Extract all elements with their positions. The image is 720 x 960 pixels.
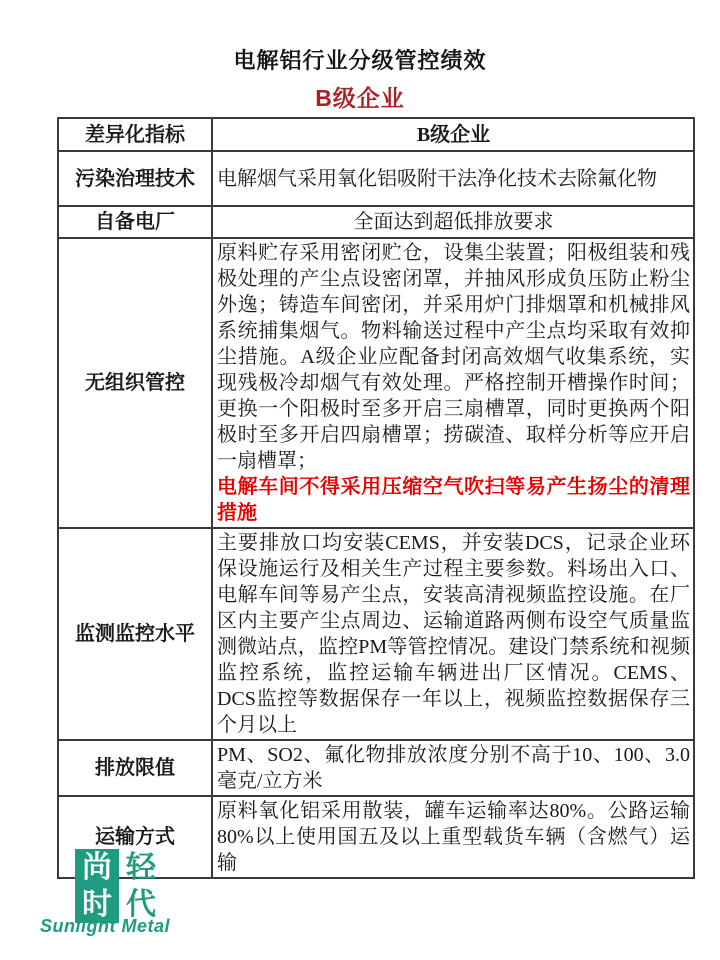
table-row: 排放限值 PM、SO2、氟化物排放浓度分别不高于10、100、3.0毫克/立方米: [58, 740, 694, 796]
table-row: 污染治理技术 电解烟气采用氧化铝吸附干法净化技术去除氟化物: [58, 151, 694, 206]
row-label: 监测监控水平: [58, 528, 212, 740]
logo-wordmark: Sunlight Metal: [40, 916, 170, 937]
row-label: 自备电厂: [58, 206, 212, 238]
row-content: 原料贮存采用密闭贮仓，设集尘装置；阳极组装和残极处理的产尘点设密闭罩，并抽风形成…: [212, 238, 694, 528]
table-row: 自备电厂 全面达到超低排放要求: [58, 206, 694, 238]
table-row: 监测监控水平 主要排放口均安装CEMS，并安装DCS，记录企业环保设施运行及相关…: [58, 528, 694, 740]
header-col-grade: B级企业: [212, 118, 694, 151]
row-label: 无组织管控: [58, 238, 212, 528]
table-header-row: 差异化指标 B级企业: [58, 118, 694, 151]
row-content-text: 原料贮存采用密闭贮仓，设集尘装置；阳极组装和残极处理的产尘点设密闭罩，并抽风形成…: [217, 242, 690, 472]
row-content: 电解烟气采用氧化铝吸附干法净化技术去除氟化物: [212, 151, 694, 206]
row-label: 排放限值: [58, 740, 212, 796]
row-content-emphasis: 电解车间不得采用压缩空气吹扫等易产生扬尘的清理措施: [217, 474, 690, 526]
grade-control-table: 差异化指标 B级企业 污染治理技术 电解烟气采用氧化铝吸附干法净化技术去除氟化物…: [57, 117, 695, 879]
row-content: 原料氧化铝采用散装，罐车运输率达80%。公路运输80%以上使用国五及以上重型载货…: [212, 796, 694, 878]
table-row: 无组织管控 原料贮存采用密闭贮仓，设集尘装置；阳极组装和残极处理的产尘点设密闭罩…: [58, 238, 694, 528]
page-subtitle: B级企业: [0, 80, 720, 113]
sunlight-metal-logo-icon: 尚 轻 时 代: [75, 849, 163, 923]
logo-char: 轻: [119, 849, 163, 886]
page-title: 电解铝行业分级管控绩效: [0, 0, 720, 75]
header-col-indicator: 差异化指标: [58, 118, 212, 151]
logo-char: 尚: [75, 849, 119, 886]
row-label: 污染治理技术: [58, 151, 212, 206]
row-content: 全面达到超低排放要求: [212, 206, 694, 238]
document-page: 电解铝行业分级管控绩效 B级企业 差异化指标 B级企业 污染治理技术 电解烟气采…: [0, 0, 720, 960]
row-content: PM、SO2、氟化物排放浓度分别不高于10、100、3.0毫克/立方米: [212, 740, 694, 796]
row-content: 主要排放口均安装CEMS，并安装DCS，记录企业环保设施运行及相关生产过程主要参…: [212, 528, 694, 740]
